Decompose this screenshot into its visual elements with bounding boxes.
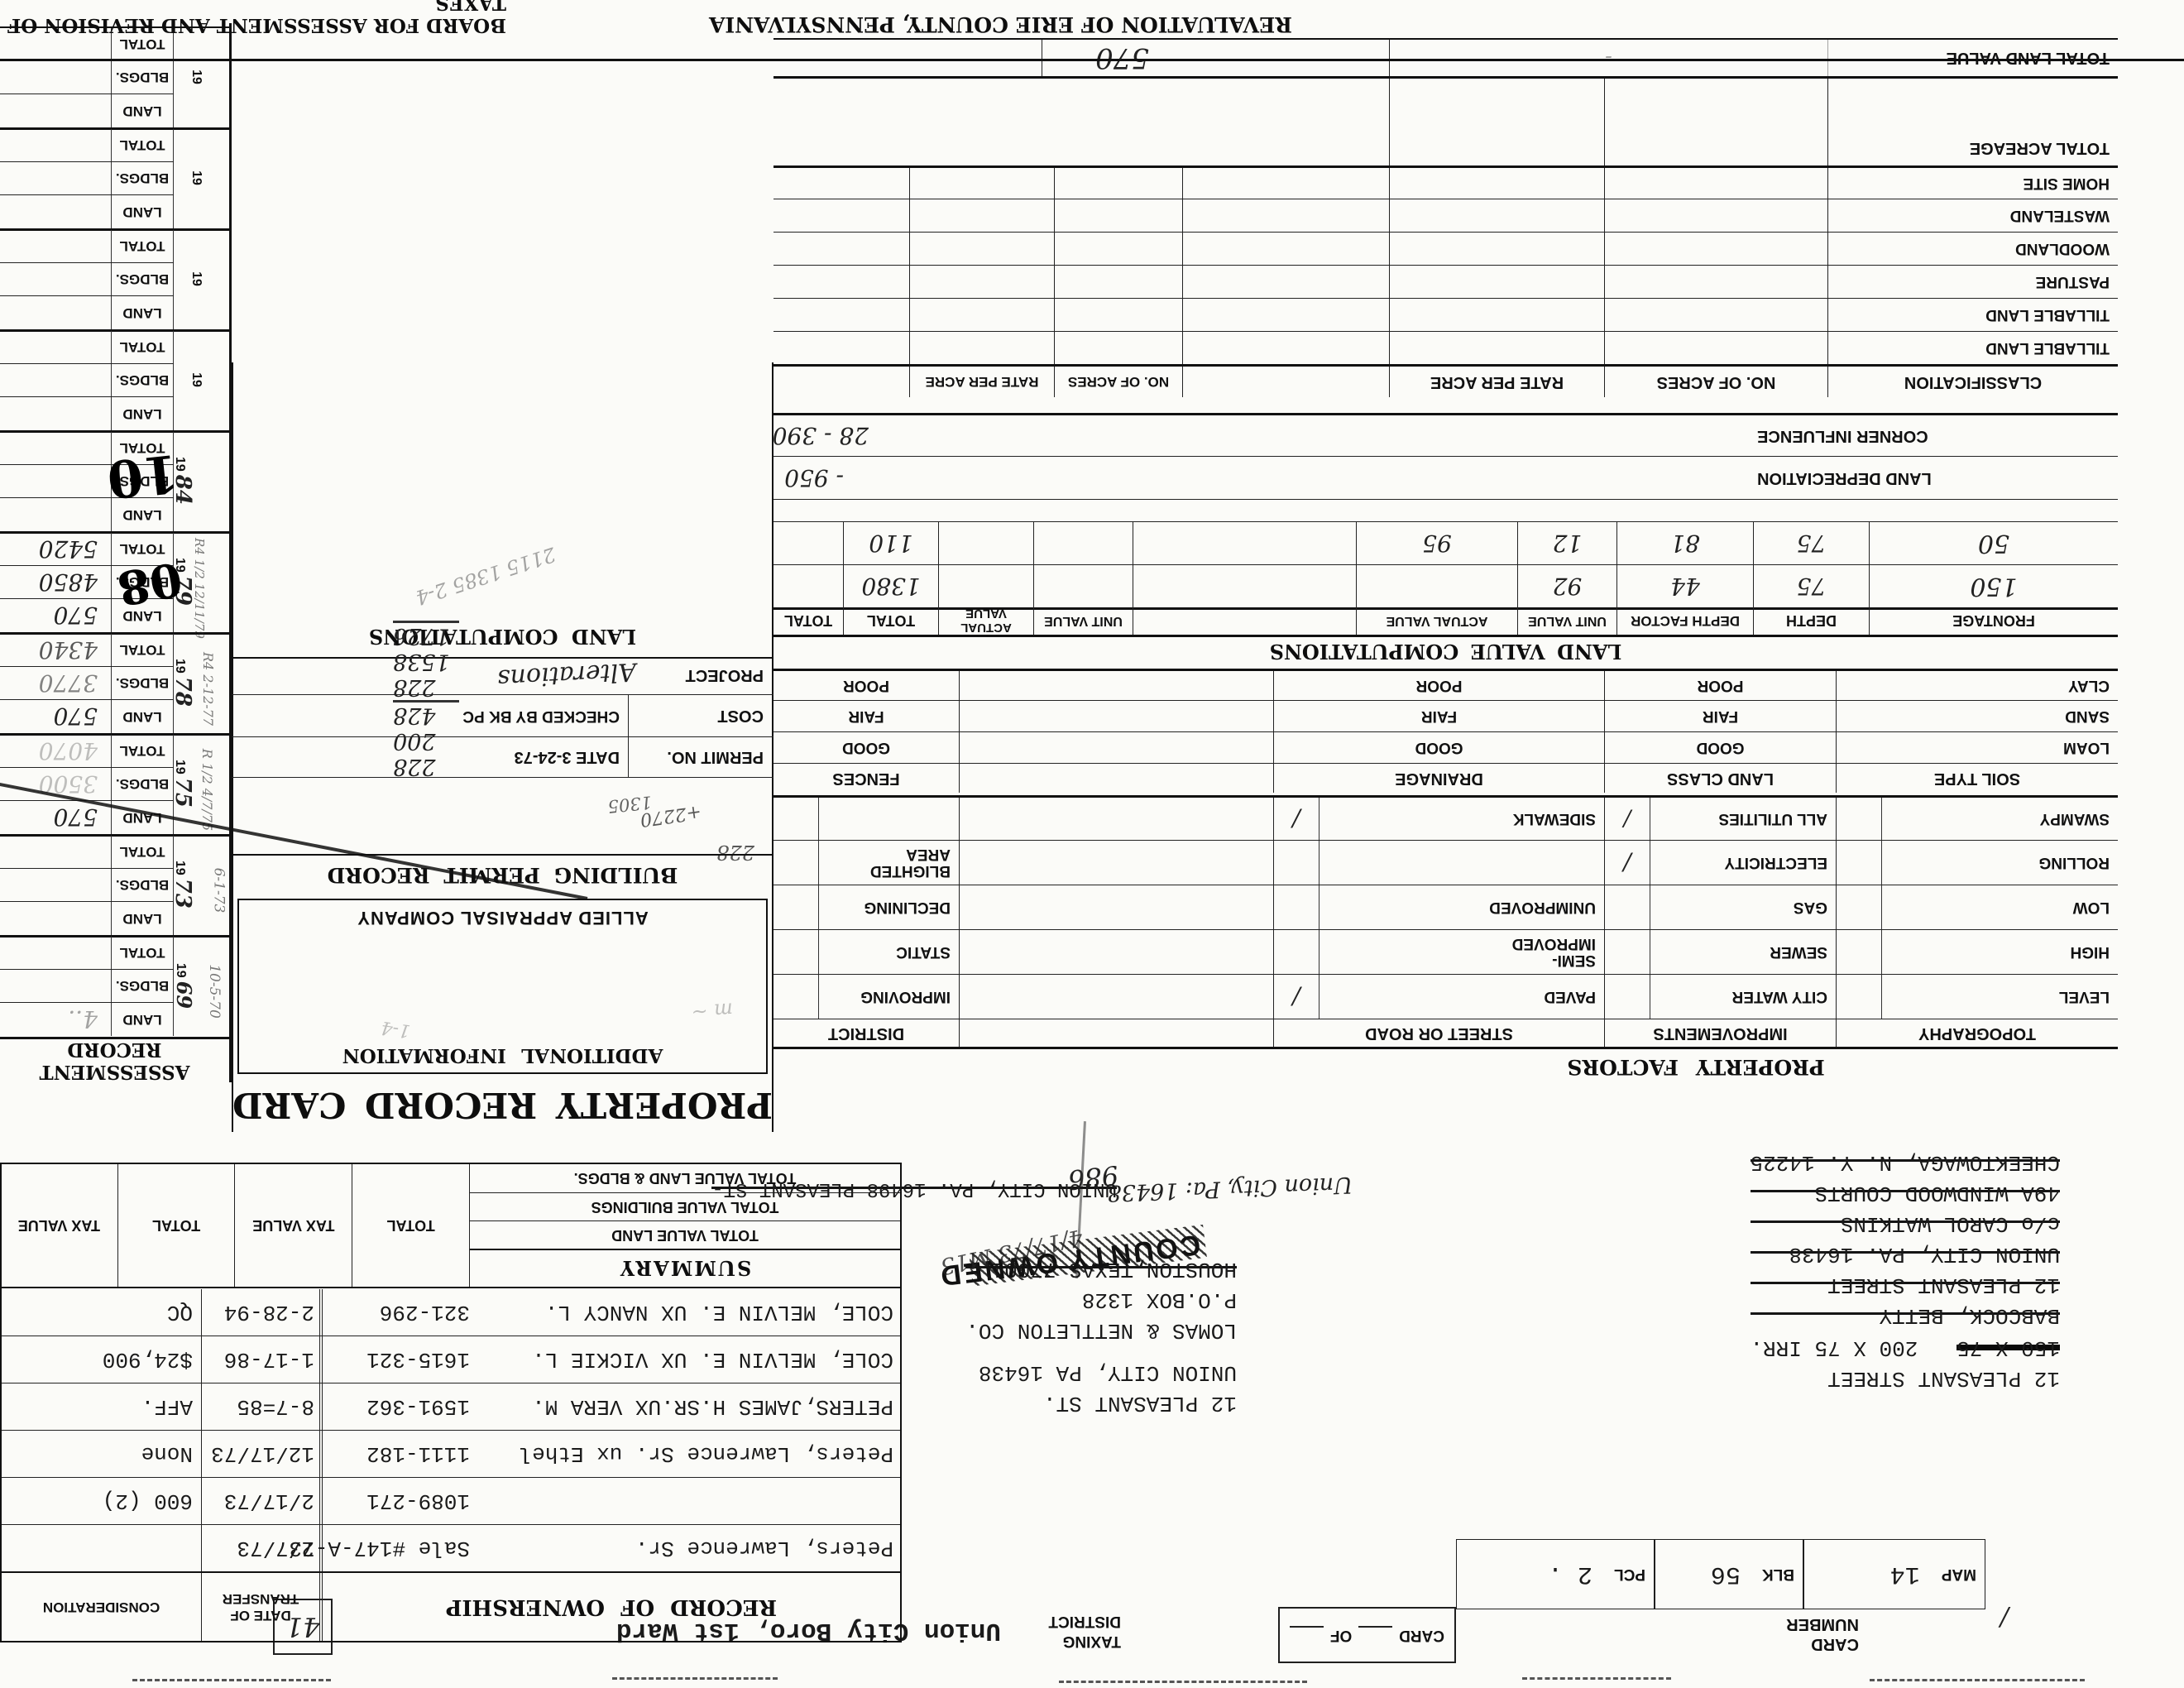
assessment-block-blank: 19 LAND BLDGS. TOTAL bbox=[0, 329, 232, 430]
check-sidewalk: / bbox=[1274, 798, 1319, 840]
assessment-annotation: 10-5-70 bbox=[206, 964, 223, 1019]
corner-influence-value: 28 - 390 bbox=[773, 415, 1746, 456]
col-header-improvements: IMPROVEMENTS bbox=[1605, 1019, 1837, 1047]
land-class-header: LAND CLASS bbox=[1605, 764, 1837, 793]
transfer-date: 12/17/73 bbox=[202, 1431, 323, 1477]
consideration: AFF. bbox=[2, 1383, 202, 1430]
permit-no-label: PERMIT NO. bbox=[629, 736, 773, 777]
consideration: $24,900 bbox=[2, 1336, 202, 1383]
map-value: 14 bbox=[1890, 1561, 1920, 1589]
transfer-date: 2/7/73 bbox=[202, 1525, 323, 1571]
assessment-block-blank: 19 LAND BLDGS. TOTAL bbox=[0, 228, 232, 329]
classification-row: TILLABLE LAND bbox=[773, 298, 2118, 331]
consideration: QC bbox=[2, 1289, 202, 1336]
ownership-table: RECORD OF OWNERSHIP DATE OF TRANSFER CON… bbox=[0, 1287, 902, 1642]
classification-table: CLASSIFICATION NO. OF ACRES RATE PER ACR… bbox=[773, 38, 2118, 397]
bottom-rule bbox=[0, 59, 2184, 61]
mail-address-2: UNION CITY, PA 16438 bbox=[965, 1357, 1237, 1388]
project-label: PROJECT bbox=[686, 666, 773, 685]
property-factors-title-cell: PROPERTY FACTORS bbox=[1274, 1051, 2118, 1084]
scan-artifact bbox=[1870, 1679, 2085, 1681]
permit-date-cell: DATE 3-24-73 bbox=[447, 736, 629, 777]
classification-row: WASTELAND bbox=[773, 199, 2118, 232]
date-of-transfer-header: DATE OF TRANSFER bbox=[202, 1573, 323, 1641]
deed-book-page: 1111-182 bbox=[323, 1431, 470, 1477]
transfer-date: 2-28-94 bbox=[202, 1289, 323, 1336]
ownership-row: PETERS,JAMES H.SR.UX VERA M. 1591-362 8-… bbox=[2, 1383, 900, 1431]
card-of-blank-2 bbox=[1290, 1626, 1324, 1644]
address-block-typed: 12 PLEASANT STREET 150 X 75 200 X 75 IRR… bbox=[1751, 1147, 2060, 1393]
owner-name bbox=[470, 1478, 900, 1524]
assessment-block-1984: 19 84 LAND BLDGS. TOTAL 10 bbox=[0, 430, 232, 531]
revaluation-title: REVALUATION OF ERIE COUNTY, PENNSYLVANIA bbox=[709, 12, 1292, 36]
property-record-card: / CARD NUMBER MAP 14 BLK 56 PCL 2 . CARD… bbox=[0, 0, 2184, 1688]
ownership-row: COLE, MELVIN E. UX NANCY L. 321-296 2-28… bbox=[2, 1289, 900, 1336]
owner-name: Peters, Lawrence Sr. ux Ethel bbox=[470, 1431, 900, 1477]
former-address-3: 49A WINDWOOD COURTS bbox=[1751, 1177, 2060, 1208]
soil-row: SAND FAIR FAIR FAIR bbox=[773, 700, 2118, 731]
card-of-of-label: OF bbox=[1330, 1626, 1352, 1644]
land-depreciation-label: LAND DEPRECIATION bbox=[1746, 457, 2118, 499]
assessment-annotation: R 1/2 4/7/75 bbox=[199, 749, 215, 831]
owner-name: COLE, MELVIN E. UX VICKIE L. bbox=[470, 1336, 900, 1383]
scan-artifact bbox=[612, 1677, 778, 1680]
summary-row-label: TOTAL VALUE LAND bbox=[470, 1221, 900, 1249]
former-address-4: CHEEKTOWAGA, N. Y. 14225 bbox=[1751, 1147, 2060, 1177]
classification-row: TILLABLE LAND bbox=[773, 331, 2118, 364]
card-of-card-label: CARD bbox=[1399, 1626, 1444, 1644]
card-of-box: CARD OF bbox=[1278, 1607, 1456, 1663]
drainage-header: DRAINAGE bbox=[1274, 764, 1605, 793]
transfer-date: 1-17-86 bbox=[202, 1336, 323, 1383]
land-computations-header: LAND COMPUTATIONS bbox=[232, 622, 773, 652]
assessment-annotation: R4 2-12-77 bbox=[200, 652, 216, 726]
card-number-pencil-mark: / bbox=[2000, 1603, 2009, 1632]
classification-row: PASTURE bbox=[773, 265, 2118, 298]
land-computation-row: 50 75 81 12 95 110 bbox=[773, 521, 2118, 564]
pencil-scribble: 1-4 bbox=[380, 1017, 412, 1042]
factors-row: ROLLING ELECTRICITY / BLIGHTED AREA bbox=[773, 840, 2118, 885]
taxing-label-2: DISTRICT bbox=[1048, 1612, 1121, 1630]
corner-influence-label: CORNER INFLUENCE bbox=[1746, 415, 2118, 456]
deed-book-page: 1615-321 bbox=[323, 1336, 470, 1383]
land-value-title: LAND VALUE COMPUTATIONS bbox=[1270, 640, 1622, 664]
blk-cell: BLK 56 bbox=[1655, 1539, 1803, 1609]
property-factors-table: TOPOGRAPHY IMPROVEMENTS STREET OR ROAD D… bbox=[773, 795, 2118, 1049]
col-header-topography: TOPOGRAPHY bbox=[1837, 1019, 2118, 1047]
assessment-year: 19 69 bbox=[172, 963, 196, 1009]
pencil-city-note: Union City, Pa: 16438 bbox=[1107, 1172, 1353, 1206]
assessment-year: 19 75 bbox=[170, 760, 195, 808]
pencil-dash: - bbox=[1390, 40, 1828, 76]
scanned-page: / CARD NUMBER MAP 14 BLK 56 PCL 2 . CARD… bbox=[0, 0, 2184, 1688]
former-address-2: UNION CITY, PA. 16438 bbox=[1751, 1239, 2060, 1269]
additional-info-box: ADDITIONAL INFORMATION m ~ 1-4 ALLIED AP… bbox=[237, 899, 768, 1074]
consideration: 600 (2) bbox=[2, 1478, 202, 1524]
mortgagee-pobox: P.O.BOX 1328 bbox=[965, 1284, 1237, 1315]
pcl-value: 2 . bbox=[1548, 1561, 1592, 1589]
map-blk-pcl-row: MAP 14 BLK 56 PCL 2 . bbox=[1456, 1539, 1985, 1609]
ownership-title: RECORD OF OWNERSHIP bbox=[446, 1594, 777, 1619]
transfer-date: 8-7=85 bbox=[202, 1383, 323, 1430]
situs-address: 12 PLEASANT STREET bbox=[1751, 1363, 2060, 1393]
summary-col-taxvalue-2: TAX VALUE bbox=[1, 1164, 118, 1287]
check-electricity: / bbox=[1605, 841, 1650, 885]
assessment-year: 19 78 bbox=[170, 659, 195, 707]
scan-artifact bbox=[1522, 1677, 1671, 1680]
consideration: None bbox=[2, 1431, 202, 1477]
deed-book-page: Sale #147-A-73 bbox=[323, 1525, 470, 1571]
building-permit-box: PERMIT NO. DATE 3-24-73 COST CHECKED BY … bbox=[232, 657, 773, 856]
owner-name: COLE, MELVIN E. UX NANCY L. bbox=[470, 1289, 900, 1336]
land-computation-row: 150 75 44 92 1380 bbox=[773, 564, 2118, 607]
lot-size-new: 200 X 75 IRR. bbox=[1751, 1336, 1918, 1360]
cost-label: COST bbox=[629, 695, 773, 736]
pencil-arithmetic-stack: 228 200 428 228 1538 1726 bbox=[393, 621, 459, 779]
taxing-label-1: TAXING bbox=[1063, 1632, 1121, 1650]
lot-size-old: 150 X 75 bbox=[1956, 1336, 2060, 1360]
factors-row: SWAMPY ALL UTILITIES / SIDEWALK / bbox=[773, 795, 2118, 840]
summary-title: SUMMARY bbox=[619, 1257, 751, 1281]
assessment-block-1978: R4 2-12-77 19 78 LAND570 BLDGS.3770 TOTA… bbox=[0, 632, 232, 733]
total-land-value-row: TOTAL LAND VALUE - 570 bbox=[773, 38, 2118, 76]
deed-book-page: 321-296 bbox=[323, 1289, 470, 1336]
mail-address-1: 12 PLEASANT ST. bbox=[965, 1388, 1237, 1418]
consideration-header: CONSIDERATION bbox=[2, 1573, 202, 1641]
checked-by-cell: CHECKED BY BK PC bbox=[447, 695, 629, 736]
summary-col-total-2: TOTAL bbox=[118, 1164, 236, 1287]
map-label: MAP bbox=[1942, 1566, 1976, 1584]
former-owner: BABCOCK, BETTY bbox=[1751, 1300, 2060, 1331]
deed-book-page: 1591-362 bbox=[323, 1383, 470, 1430]
assessment-block-1969: 10-5-70 19 69 LAND4.. BLDGS. TOTAL bbox=[0, 935, 232, 1036]
property-factors-title: PROPERTY FACTORS bbox=[1567, 1056, 1825, 1080]
map-cell: MAP 14 bbox=[1803, 1539, 1985, 1609]
land-depreciation-row: LAND DEPRECIATION - 950 bbox=[773, 456, 2118, 499]
blk-label: BLK bbox=[1762, 1566, 1794, 1584]
land-value-table: FRONTAGE DEPTH DEPTH FACTOR UNIT VALUE A… bbox=[773, 413, 2118, 637]
col-header-street: STREET OR ROAD bbox=[1274, 1019, 1605, 1047]
prc-title-cell: PROPERTY RECORD CARD bbox=[232, 1082, 773, 1129]
summary-col-taxvalue-1: TAX VALUE bbox=[236, 1164, 353, 1287]
assessment-block-1975: R 1/2 4/7/75 19 75 LAND570 BLDGS.3500 TO… bbox=[0, 733, 232, 834]
assessment-block-1973: 6-1-73 19 73 LAND BLDGS. TOTAL bbox=[0, 834, 232, 935]
deed-book-page: 1089-271 bbox=[323, 1478, 470, 1524]
soil-type-header: SOIL TYPE bbox=[1837, 764, 2118, 793]
assessment-annotation: 6-1-73 bbox=[211, 868, 227, 914]
ink-stamp-08: 08 bbox=[113, 551, 186, 616]
assessment-year: 19 73 bbox=[170, 861, 195, 909]
bpr-title-cell: BUILDING PERMIT RECORD bbox=[232, 859, 773, 892]
land-depreciation-value: - 950 bbox=[773, 457, 1746, 499]
ownership-title-cell: RECORD OF OWNERSHIP bbox=[323, 1573, 900, 1641]
total-acreage-row: TOTAL ACREAGE bbox=[773, 76, 2118, 165]
care-of-line: c/o CAROL WATKINS bbox=[1751, 1208, 2060, 1239]
assessment-title-cell: ASSESSMENT RECORD bbox=[0, 1037, 229, 1082]
mortgagee-name: LOMAS & NETTLETON CO. bbox=[965, 1315, 1237, 1345]
ink-stamp-10: 10 bbox=[104, 443, 181, 511]
pencil-scribble: m ~ bbox=[691, 998, 734, 1024]
allied-appraisal-line: ALLIED APPRAISAL COMPANY bbox=[239, 907, 766, 928]
soil-table: SOIL TYPE LAND CLASS DRAINAGE FENCES LOA… bbox=[773, 669, 2118, 793]
card-number-label-1: CARD bbox=[1811, 1634, 1859, 1653]
project-handwriting: Alterations bbox=[496, 657, 636, 693]
scan-artifact bbox=[1059, 1681, 1307, 1683]
corner-influence-row: CORNER INFLUENCE 28 - 390 bbox=[773, 413, 2118, 456]
blk-value: 56 bbox=[1711, 1561, 1741, 1589]
factors-row: LEVEL CITY WATER PAVED / IMPROVING bbox=[773, 974, 2118, 1019]
check-paved: / bbox=[1274, 975, 1319, 1019]
card-of-blank-1 bbox=[1358, 1626, 1392, 1644]
check-all-utilities: / bbox=[1605, 798, 1650, 840]
total-land-value-amount: 570 bbox=[1042, 40, 1390, 76]
assessment-block-blank: 19 LAND BLDGS. TOTAL bbox=[0, 127, 232, 228]
fences-header: FENCES bbox=[773, 764, 960, 793]
summary-title-cell: SUMMARY bbox=[470, 1249, 900, 1287]
assessment-block-blank: 19 LAND BLDGS. TOTAL bbox=[0, 26, 232, 127]
former-address-1: 12 PLEASANT STREET bbox=[1751, 1269, 2060, 1300]
col-header-district: DISTRICT bbox=[773, 1019, 960, 1047]
struck-address-line: UNION CITY, PA. 16498 PLEASANT ST- bbox=[711, 1177, 1117, 1200]
classification-row: HOME SITE bbox=[773, 165, 2118, 199]
board-title: BOARD FOR ASSESSMENT AND REVISION OF TAX… bbox=[0, 0, 506, 36]
card-number-label-2: NUMBER bbox=[1786, 1614, 1859, 1633]
summary-col-total-1: TOTAL bbox=[352, 1164, 470, 1287]
ownership-row: Peters, Lawrence Sr. ux Ethel 1111-182 1… bbox=[2, 1431, 900, 1478]
prc-title: PROPERTY RECORD CARD bbox=[232, 1086, 773, 1126]
transfer-date: 2/17/73 bbox=[202, 1478, 323, 1524]
pcl-cell: PCL 2 . bbox=[1456, 1539, 1655, 1609]
classification-row: WOODLAND bbox=[773, 232, 2118, 265]
ownership-row: COLE, MELVIN E. UX VICKIE L. 1615-321 1-… bbox=[2, 1336, 900, 1383]
scan-artifact bbox=[132, 1679, 331, 1681]
factors-row: LOW GAS UNIMPROVED DECLINING bbox=[773, 885, 2118, 929]
ownership-row: Peters, Lawrence Sr. Sale #147-A-73 2/7/… bbox=[2, 1525, 900, 1571]
assessment-block-1979: R4 1/2 12/11/79 19 79 LAND570 BLDGS.4850… bbox=[0, 531, 232, 632]
pcl-label: PCL bbox=[1614, 1566, 1645, 1584]
owner-name: PETERS,JAMES H.SR.UX VERA M. bbox=[470, 1383, 900, 1430]
assessment-title: ASSESSMENT RECORD bbox=[0, 1038, 229, 1083]
owner-name: Peters, Lawrence Sr. bbox=[470, 1525, 900, 1571]
factors-row: HIGH SEWER SEMI- IMPROVED STATIC bbox=[773, 929, 2118, 974]
soil-row: LOAM GOOD GOOD GOOD bbox=[773, 731, 2118, 763]
lot-size-line: 150 X 75 200 X 75 IRR. bbox=[1751, 1331, 2060, 1363]
additional-info-header: ADDITIONAL INFORMATION bbox=[239, 1039, 766, 1072]
consideration bbox=[2, 1525, 202, 1571]
soil-row: CLAY POOR POOR POOR bbox=[773, 669, 2118, 700]
land-value-title-cell: LAND VALUE COMPUTATIONS bbox=[773, 639, 2118, 665]
ownership-row: 1089-271 2/17/73 600 (2) bbox=[2, 1478, 900, 1525]
